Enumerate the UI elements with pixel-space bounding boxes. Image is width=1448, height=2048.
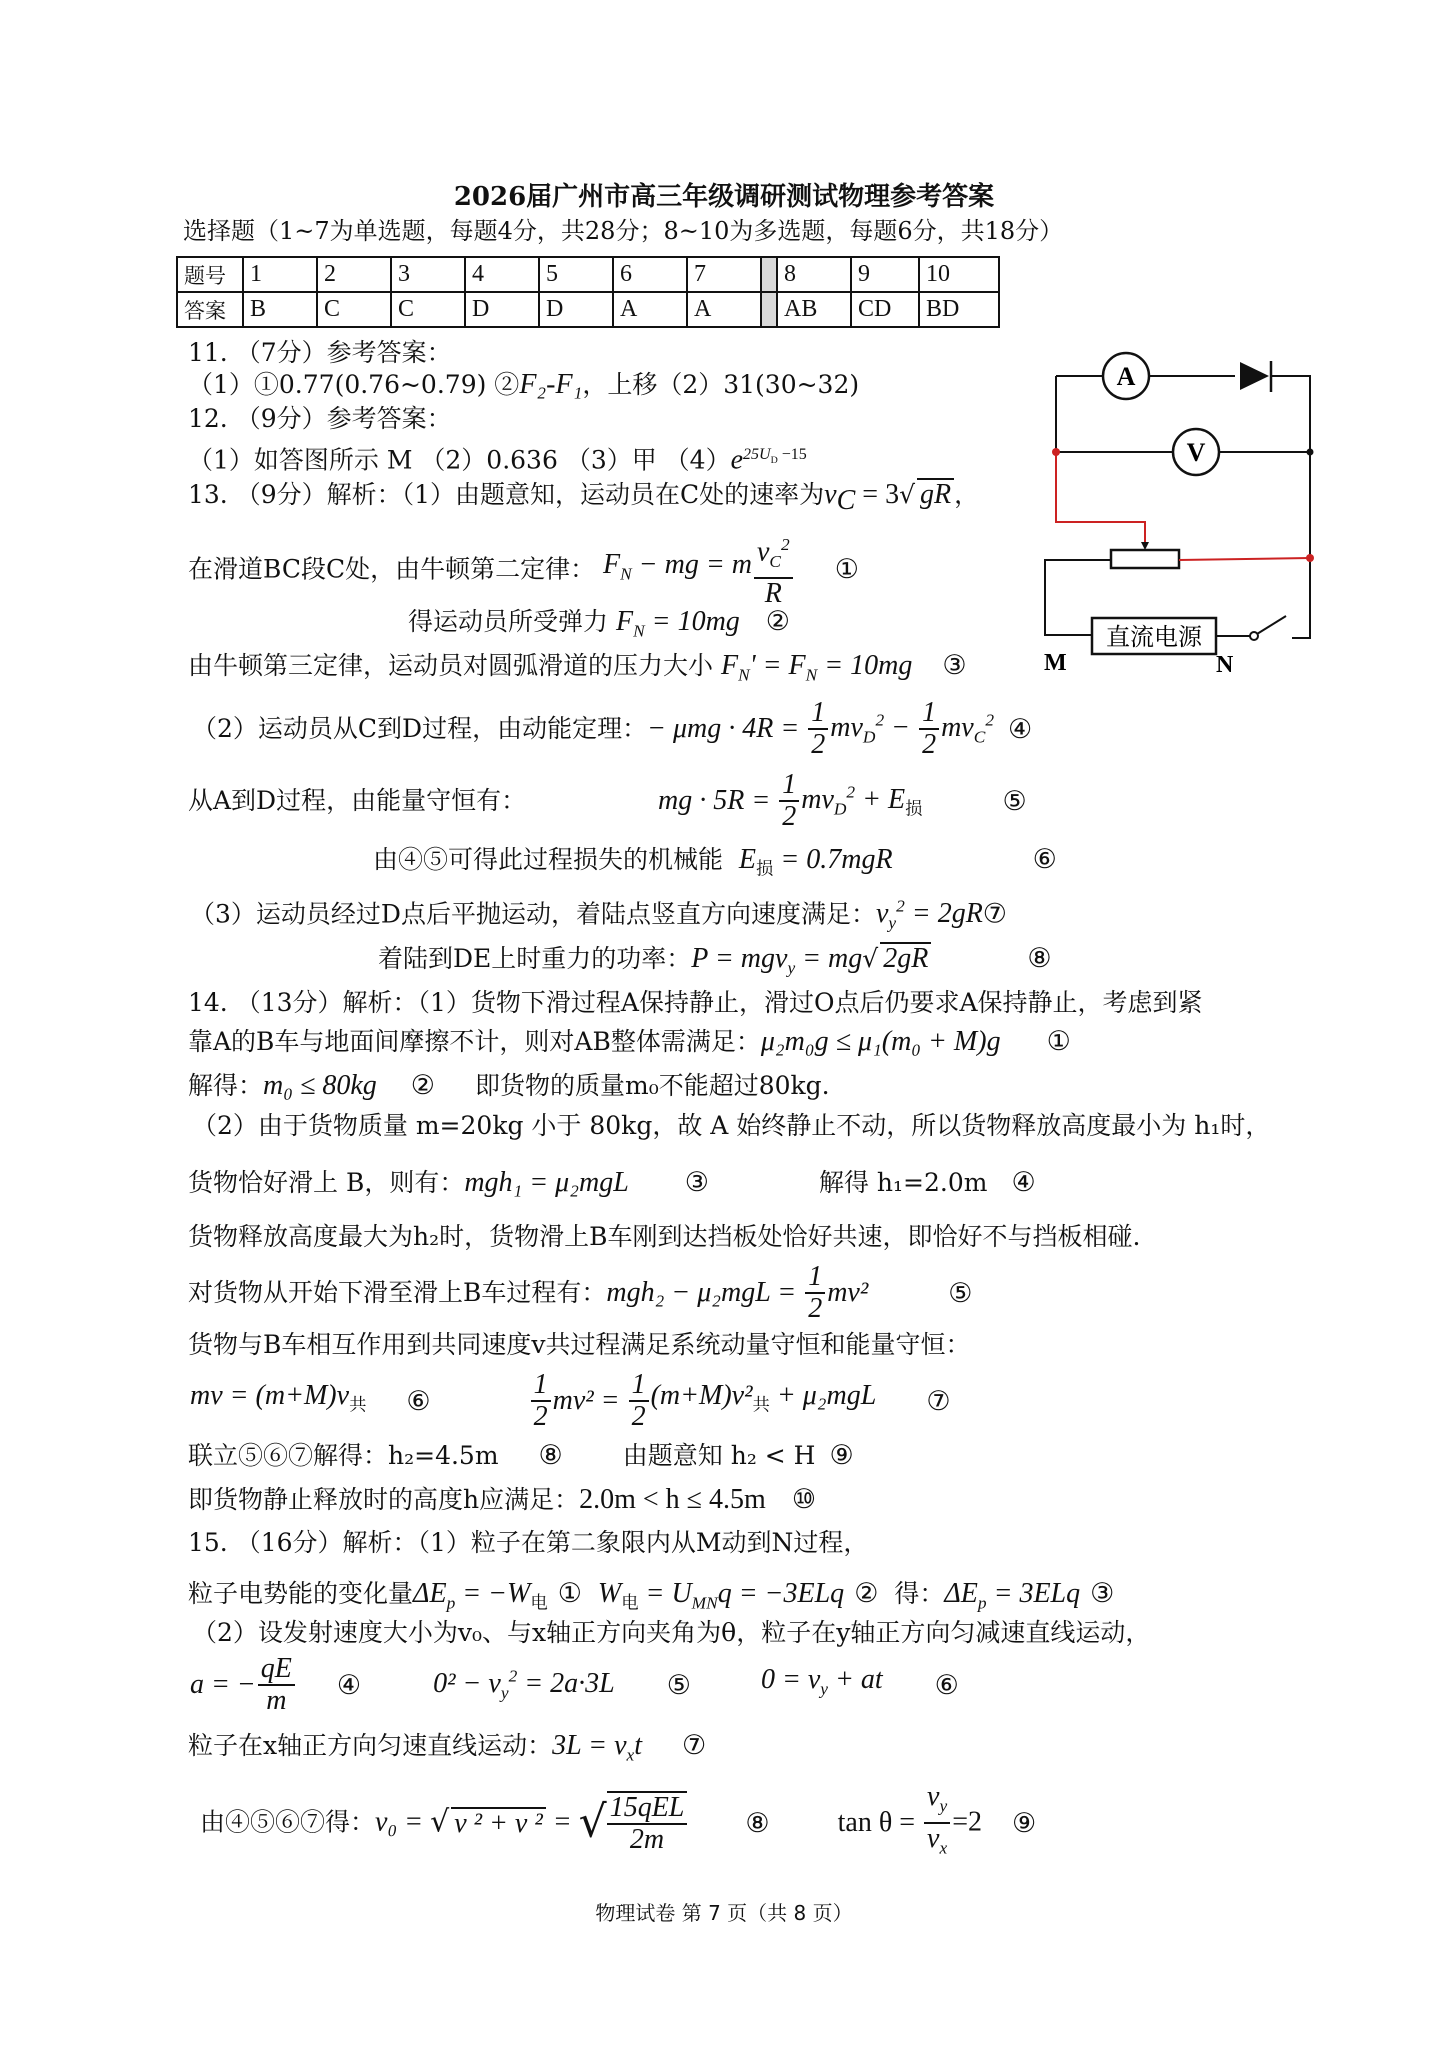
table-row-numbers: 题号 1 2 3 4 5 6 7 8 9 10 xyxy=(177,257,999,292)
eq-den: v xyxy=(927,1823,939,1854)
eq-sup: 2 xyxy=(781,535,790,554)
diode-icon xyxy=(1240,362,1269,390)
q12-exp-power-sub: D xyxy=(771,455,778,466)
eq-num: qE xyxy=(258,1654,295,1686)
eq-marker: ③ xyxy=(1090,1578,1114,1608)
table-gap-cell xyxy=(761,292,777,327)
table-cell: 4 xyxy=(465,257,539,292)
q13-line3: 得运动员所受弹力 FN = 10mg② xyxy=(408,606,790,647)
eq-symbol: v xyxy=(824,479,836,510)
table-cell: D xyxy=(539,292,613,327)
q13-text: （3）运动员经过D点后平抛运动，着陆点竖直方向速度满足： xyxy=(190,899,876,928)
table-cell: B xyxy=(243,292,317,327)
table-cell: BD xyxy=(919,292,999,327)
eq-den: 2 xyxy=(811,730,825,760)
eq-den: 2m xyxy=(630,1825,664,1855)
row-label-answer: 答案 xyxy=(177,292,243,327)
eq-text: 3L = v xyxy=(552,1730,626,1761)
q14-text: 由题意知 h₂ < H xyxy=(623,1441,816,1470)
eq-num: 1 xyxy=(919,698,939,730)
table-cell: 2 xyxy=(317,257,391,292)
eq-text: mv = (m+M)v xyxy=(190,1380,349,1411)
eq-num: 1 xyxy=(808,698,828,730)
eq-text: mgh₂ − μ₂mgL = xyxy=(606,1277,803,1308)
q14-line5: 货物恰好滑上 B，则有：mgh₁ = μ₂mgL③解得 h₁=2.0m④ xyxy=(188,1167,1036,1198)
q14-text: 即货物的质量m₀不能超过80kg. xyxy=(475,1071,830,1100)
eq-text: 0 = v xyxy=(761,1664,820,1695)
eq-marker: ⑨ xyxy=(1012,1808,1036,1838)
eq-den: m xyxy=(266,1686,286,1716)
eq-marker: ⑧ xyxy=(745,1808,769,1838)
eq-marker: ② xyxy=(766,606,790,636)
q15-text: 得： xyxy=(894,1579,944,1608)
table-cell: 3 xyxy=(391,257,465,292)
q14-line2: 靠A的B车与地面间摩擦不计，则对AB整体需满足：μ₂m₀g ≤ μ₁(m₀ + … xyxy=(188,1026,1071,1057)
q14-text: 即货物静止释放时的高度h应满足： xyxy=(188,1485,579,1514)
eq-text: ΔE xyxy=(413,1578,447,1609)
ammeter-label: A xyxy=(1117,362,1136,391)
table-cell: 8 xyxy=(777,257,851,292)
q14-text: 靠A的B车与地面间摩擦不计，则对AB整体需满足： xyxy=(188,1027,761,1056)
q14-text: 货物恰好滑上 B，则有： xyxy=(188,1168,464,1197)
eq-marker: ⑥ xyxy=(1033,844,1057,874)
sqrt-icon: √ xyxy=(430,1805,449,1840)
q15-line6: 由④⑤⑥⑦得：v₀ = √v ² + v ² = √15qEL2m⑧tan θ … xyxy=(200,1782,1036,1863)
q15-line4: a = −qEm④0² − vy2 = 2a·3L⑤0 = vy + at⑥ xyxy=(190,1654,959,1716)
eq-text: 2.0m < h ≤ 4.5m xyxy=(579,1484,766,1515)
q14-line1: 14. （13分）解析：（1）货物下滑过程A保持静止，滑过O点后仍要求A保持静止… xyxy=(188,988,1203,1018)
eq-text: v₀ = xyxy=(375,1807,430,1838)
table-cell: A xyxy=(613,292,687,327)
eq-text: = −W xyxy=(455,1578,530,1609)
eq-sub: y xyxy=(501,1683,509,1702)
table-cell: 10 xyxy=(919,257,999,292)
eq-sub: MN xyxy=(692,1594,718,1613)
terminal-n-label: N xyxy=(1216,652,1234,678)
eq-text: 0² − v xyxy=(433,1668,501,1699)
eq-den: 2 xyxy=(922,730,936,760)
eq-sub: N xyxy=(633,622,645,641)
q12-answer: （1）如答图所示 M （2）0.636 （3）甲 （4）e25UD −15 xyxy=(188,440,807,476)
eq-text: − μmg · 4R = xyxy=(647,713,806,744)
eq-marker: ⑥ xyxy=(406,1386,430,1416)
q15-line5: 粒子在x轴正方向匀速直线运动：3L = vxt⑦ xyxy=(188,1730,706,1771)
q13-line8: （3）运动员经过D点后平抛运动，着陆点竖直方向速度满足：vy2 = 2gR⑦ xyxy=(190,892,1007,939)
eq-marker: ① xyxy=(835,554,859,584)
q12-answer-text: （1）如答图所示 M （2）0.636 （3）甲 （4） xyxy=(188,445,731,474)
eq-text: = 3ELq xyxy=(987,1578,1081,1609)
eq-marker: ② xyxy=(854,1578,878,1608)
q14-line7: 对货物从开始下滑至滑上B车过程有：mgh₂ − μ₂mgL = 12mv²⑤ xyxy=(188,1262,972,1324)
eq-text: a = − xyxy=(190,1669,256,1700)
eq-marker: ⑨ xyxy=(829,1440,853,1470)
q11-formula: F₂-F₁ xyxy=(519,369,582,400)
table-cell: CD xyxy=(851,292,919,327)
q11-answer-part2: ，上移（2）31(30~32) xyxy=(582,370,859,399)
q13-text: 从A到D过程，由能量守恒有： xyxy=(188,786,658,816)
eq-marker: ⑤ xyxy=(1002,786,1026,816)
eq-sub: y xyxy=(939,1797,947,1816)
table-cell: 5 xyxy=(539,257,613,292)
eq-text: tan θ = xyxy=(838,1807,922,1838)
eq-sub: N xyxy=(620,564,632,583)
q11-answer-part1: （1）①0.77(0.76~0.79) ② xyxy=(188,370,519,399)
junction-black xyxy=(1307,449,1314,456)
eq-sub: 电 xyxy=(621,1594,638,1613)
choice-section-header: 选择题（1~7为单选题，每题4分，共28分；8~10为多选题，每题6分，共18分… xyxy=(183,216,1063,246)
eq-sub: 电 xyxy=(530,1594,547,1613)
q12-exp-power-tail: −15 xyxy=(778,446,807,463)
q13-text: 着陆到DE上时重力的功率： xyxy=(378,944,691,973)
eq-marker: ⑦ xyxy=(682,1730,706,1760)
eq-num: v xyxy=(927,1781,939,1812)
q14-line8: 货物与B车相互作用到共同速度v共过程满足系统动量守恒和能量守恒： xyxy=(188,1330,971,1360)
eq-marker: ③ xyxy=(685,1167,709,1197)
eq-text: + μ₂mgL xyxy=(770,1380,876,1411)
eq-sub: D xyxy=(863,727,876,746)
row-label-number: 题号 xyxy=(177,257,243,292)
table-cell: 9 xyxy=(851,257,919,292)
eq-text: = 2gR xyxy=(905,898,983,929)
eq-symbol: E xyxy=(739,844,756,875)
eq-text: W xyxy=(598,1578,621,1609)
eq-marker: ① xyxy=(1047,1026,1071,1056)
q13-line1: 13. （9分）解析：（1）由题意知，运动员在C处的速率为vC = 3√gR， xyxy=(188,478,979,516)
eq-marker: ④ xyxy=(1011,1167,1035,1197)
table-cell: C xyxy=(391,292,465,327)
eq-marker: ⑩ xyxy=(792,1484,816,1514)
q13-text: 由④⑤可得此过程损失的机械能 xyxy=(373,845,723,874)
q15-line2: 粒子电势能的变化量ΔEp = −W电① W电 = UMNq = −3ELq② 得… xyxy=(188,1578,1114,1619)
eq-text: = U xyxy=(639,1578,692,1609)
eq-text: mv xyxy=(941,712,974,743)
q13-line9: 着陆到DE上时重力的功率：P = mgvy = mg√2gR⑧ xyxy=(378,942,1052,984)
q14-line9: mv = (m+M)v共⑥12mv² = 12(m+M)v²共 + μ₂mgL⑦ xyxy=(190,1370,951,1432)
q13-text: 在滑道BC段C处，由牛顿第二定律： xyxy=(188,554,595,583)
sqrt-icon: √ xyxy=(862,944,878,973)
eq-sub: p xyxy=(978,1594,987,1613)
q15-text: 粒子电势能的变化量 xyxy=(188,1579,413,1608)
eq-marker: ② xyxy=(411,1070,435,1100)
eq-radicand: gR xyxy=(917,478,954,510)
q14-line11: 即货物静止释放时的高度h应满足：2.0m < h ≤ 4.5m⑩ xyxy=(188,1484,816,1515)
eq-marker: ④ xyxy=(1008,714,1032,744)
eq-sub: p xyxy=(447,1594,456,1613)
q15-text: 由④⑤⑥⑦得： xyxy=(200,1808,375,1837)
eq-text: P = mgv xyxy=(691,943,787,974)
eq-text: mg · 5R = xyxy=(658,785,777,816)
eq-sub: N xyxy=(738,666,750,685)
eq-sub: 共 xyxy=(349,1396,366,1415)
eq-marker: ⑤ xyxy=(667,1670,691,1700)
eq-sub: D xyxy=(834,799,847,818)
eq-sub: C xyxy=(769,552,781,571)
eq-text: = 2a·3L xyxy=(517,1668,614,1699)
eq-marker: ⑧ xyxy=(539,1440,563,1470)
q13-line5: （2）运动员从C到D过程，由动能定理：− μmg · 4R = 12mvD2 −… xyxy=(192,698,1032,760)
terminal-m-label: M xyxy=(1044,650,1067,676)
q14-text: 对货物从开始下滑至滑上B车过程有： xyxy=(188,1278,606,1307)
eq-sub: y xyxy=(820,1680,828,1699)
answer-table: 题号 1 2 3 4 5 6 7 8 9 10 答案 B C C D D A A… xyxy=(176,256,1000,328)
eq-text: = mg xyxy=(795,943,862,974)
table-cell: 7 xyxy=(687,257,761,292)
eq-text: − xyxy=(884,712,917,743)
eq-text: μ₂m₀g ≤ μ₁(m₀ + M)g xyxy=(761,1026,1001,1057)
eq-sub: C xyxy=(837,485,856,516)
q13-line4: 由牛顿第三定律，运动员对圆弧滑道的压力大小 FN' = FN = 10mg③ xyxy=(188,650,967,691)
eq-text: mv² = xyxy=(553,1385,627,1416)
eq-marker: ⑤ xyxy=(948,1278,972,1308)
table-cell: A xyxy=(687,292,761,327)
eq-sub: y xyxy=(787,959,795,978)
eq-text: = xyxy=(546,1807,579,1838)
q14-line10: 联立⑤⑥⑦解得：h₂=4.5m⑧由题意知 h₂ < H⑨ xyxy=(188,1440,854,1471)
eq-symbol: F xyxy=(603,549,620,580)
eq-marker: ① xyxy=(558,1578,582,1608)
eq-num: 15qEL xyxy=(607,1793,688,1825)
q14-line3: 解得：m₀ ≤ 80kg②即货物的质量m₀不能超过80kg. xyxy=(188,1070,830,1101)
q13-line6: 从A到D过程，由能量守恒有：mg · 5R = 12mvD2 + E损⑤ xyxy=(188,770,1027,832)
eq-sub: N xyxy=(806,666,818,685)
table-cell: AB xyxy=(777,292,851,327)
eq-symbol: F xyxy=(721,650,738,681)
eq-marker: ⑧ xyxy=(1027,943,1051,973)
eq-num: 1 xyxy=(779,770,799,802)
q14-line4: （2）由于货物质量 m=20kg 小于 80kg，故 A 始终静止不动，所以货物… xyxy=(192,1111,1270,1141)
q13-text: 由牛顿第三定律，运动员对圆弧滑道的压力大小 xyxy=(188,651,713,680)
q13-line7: 由④⑤可得此过程损失的机械能 E损 = 0.7mgR⑥ xyxy=(373,844,1057,885)
eq-text: mgh₁ = μ₂mgL xyxy=(464,1167,628,1198)
eq-text: m₀ ≤ 80kg xyxy=(263,1070,377,1101)
eq-text: − mg = m xyxy=(632,549,752,580)
eq-sub: y xyxy=(888,914,896,933)
q11-answer: （1）①0.77(0.76~0.79) ②F₂-F₁，上移（2）31(30~32… xyxy=(188,370,859,400)
junction-red-right xyxy=(1306,554,1314,562)
eq-symbol: v xyxy=(876,898,888,929)
circuit-diagram: A V 直流电源 M N xyxy=(1040,350,1330,680)
eq-text: + at xyxy=(828,1664,883,1695)
eq-text: t xyxy=(634,1730,642,1761)
table-cell: 1 xyxy=(243,257,317,292)
eq-symbol: F xyxy=(616,606,633,637)
eq-radicand: 2gR xyxy=(880,942,931,974)
eq-sub: 共 xyxy=(753,1396,770,1415)
table-gap-cell xyxy=(761,257,777,292)
sqrt-icon: √ xyxy=(579,1797,607,1848)
table-row-answers: 答案 B C C D D A A AB CD BD xyxy=(177,292,999,327)
eq-text: = 3 xyxy=(855,479,899,510)
eq-text: ΔE xyxy=(944,1578,978,1609)
junction-red-left xyxy=(1052,448,1060,456)
q13-text: 得运动员所受弹力 xyxy=(408,607,608,636)
sqrt-icon: √ xyxy=(899,480,915,509)
eq-text: ' = F xyxy=(750,650,806,681)
eq-text: (m+M)v² xyxy=(651,1380,753,1411)
q13-line2: 在滑道BC段C处，由牛顿第二定律： FN − mg = mvC2R① xyxy=(188,530,859,609)
eq-marker: ④ xyxy=(337,1670,361,1700)
q15-line3: （2）设发射速度大小为v₀、与x轴正方向夹角为θ，粒子在y轴正方向匀减速直线运动… xyxy=(192,1618,1150,1648)
eq-sub: C xyxy=(974,727,986,746)
eq-text: = 10mg xyxy=(817,650,912,681)
eq-marker: ③ xyxy=(942,650,966,680)
eq-den: 2 xyxy=(782,802,796,832)
eq-radicand: v ² + v ² xyxy=(451,1807,546,1839)
eq-text: =2 xyxy=(952,1807,982,1838)
eq-text: mv xyxy=(801,784,834,815)
q14-text: 解得 h₁=2.0m xyxy=(819,1168,987,1197)
page-title: 2026届广州市高三年级调研测试物理参考答案 xyxy=(0,176,1448,213)
q14-text: 解得： xyxy=(188,1071,263,1100)
page-footer: 物理试卷 第 7 页（共 8 页） xyxy=(0,1897,1448,1926)
eq-num: v xyxy=(757,536,769,567)
eq-sub: x xyxy=(939,1838,947,1857)
q12-exp-base: e xyxy=(731,444,743,475)
q12-header: 12. （9分）参考答案： xyxy=(188,404,452,434)
q15-line1: 15. （16分）解析：（1）粒子在第二象限内从M动到N过程， xyxy=(188,1528,868,1558)
power-supply-label: 直流电源 xyxy=(1106,623,1203,651)
eq-text: mv xyxy=(830,712,863,743)
q14-text: 联立⑤⑥⑦解得：h₂=4.5m xyxy=(188,1441,499,1470)
switch-pivot xyxy=(1250,632,1258,640)
eq-text: q = −3ELq xyxy=(718,1578,844,1609)
eq-sub: 损 xyxy=(905,799,922,818)
eq-marker: ⑦ xyxy=(983,898,1007,928)
q12-exp-power: 25U xyxy=(743,446,771,463)
table-cell: C xyxy=(317,292,391,327)
voltmeter-label: V xyxy=(1187,438,1206,467)
q13-header: 13. （9分）解析：（1）由题意知，运动员在C处的速率为 xyxy=(188,480,824,509)
q13-text: （2）运动员从C到D过程，由动能定理： xyxy=(192,714,647,743)
eq-text: + E xyxy=(855,784,905,815)
eq-marker: ⑥ xyxy=(935,1670,959,1700)
eq-text: mv² xyxy=(827,1277,868,1308)
eq-text: = 0.7mgR xyxy=(773,844,892,875)
eq-marker: ⑦ xyxy=(926,1386,950,1416)
q11-header: 11. （7分）参考答案： xyxy=(188,338,452,368)
eq-den: R xyxy=(765,579,782,609)
eq-text: = 10mg xyxy=(645,606,740,637)
table-cell: 6 xyxy=(613,257,687,292)
q15-text: 粒子在x轴正方向匀速直线运动： xyxy=(188,1731,552,1760)
eq-sub: 损 xyxy=(756,860,773,879)
q14-line6: 货物释放高度最大为h₂时，货物滑上B车刚到达挡板处恰好共速，即恰好不与挡板相碰. xyxy=(188,1222,1140,1252)
table-cell: D xyxy=(465,292,539,327)
